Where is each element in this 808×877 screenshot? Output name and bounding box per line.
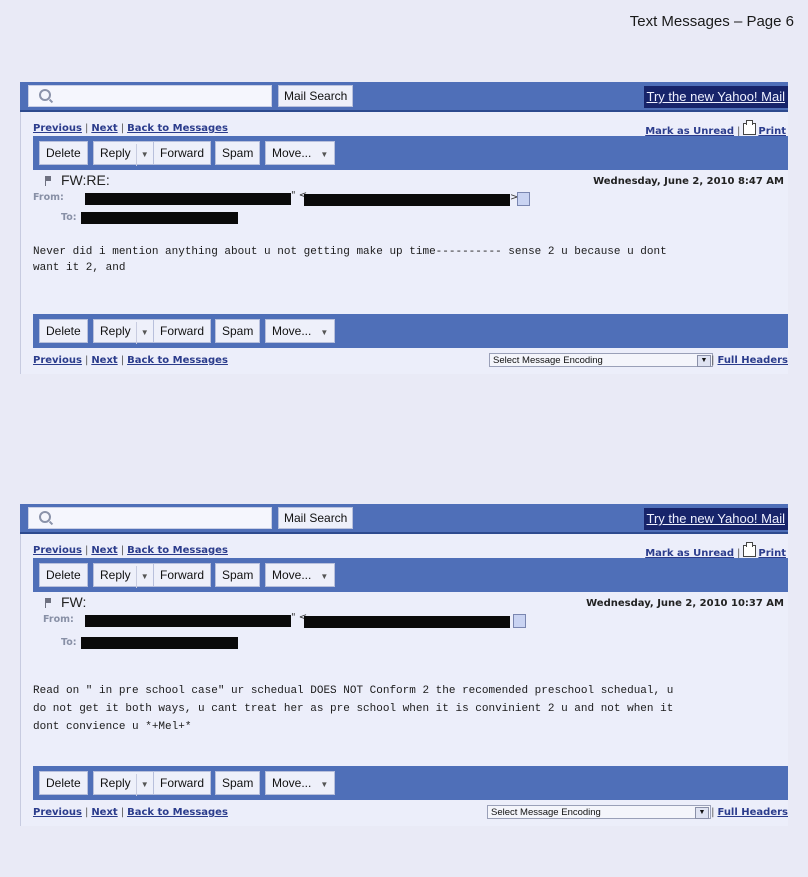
message-encoding-select[interactable]: Select Message Encoding ▼: [487, 805, 711, 819]
message-subject: FW:RE:: [61, 172, 110, 188]
try-new-yahoo-mail-link[interactable]: Try the new Yahoo! Mail: [644, 86, 789, 108]
delete-button[interactable]: Delete: [39, 319, 88, 343]
redacted-sender-name: [85, 193, 291, 205]
delete-button[interactable]: Delete: [39, 771, 88, 795]
next-link[interactable]: Next: [91, 807, 117, 818]
move-button[interactable]: Move...▼: [265, 563, 335, 587]
move-dropdown-icon[interactable]: ▼: [316, 774, 328, 796]
spam-button[interactable]: Spam: [215, 771, 260, 795]
message-frame: Previous|Next|Back to Messages Mark as U…: [20, 534, 788, 826]
message-header: FW: Wednesday, June 2, 2010 10:37 AM Fro…: [21, 592, 788, 664]
full-headers-label[interactable]: Full Headers: [717, 807, 788, 818]
previous-link[interactable]: Previous: [33, 355, 82, 366]
reply-label: Reply: [100, 776, 131, 790]
previous-link[interactable]: Previous: [33, 545, 82, 556]
reply-dropdown-icon[interactable]: ▼: [136, 774, 149, 796]
forward-button[interactable]: Forward: [153, 771, 211, 795]
next-link[interactable]: Next: [91, 545, 117, 556]
search-icon: [39, 89, 51, 101]
reply-button[interactable]: Reply▼: [93, 319, 156, 343]
message-date: Wednesday, June 2, 2010 8:47 AM: [593, 176, 784, 187]
spam-button[interactable]: Spam: [215, 563, 260, 587]
address-book-icon[interactable]: [517, 192, 530, 206]
move-label: Move...: [272, 324, 311, 338]
search-icon: [39, 511, 51, 523]
spam-button[interactable]: Spam: [215, 319, 260, 343]
try-new-yahoo-mail-link[interactable]: Try the new Yahoo! Mail: [644, 508, 789, 530]
message-subject: FW:: [61, 594, 86, 610]
full-headers-link[interactable]: |Full Headers: [708, 807, 788, 818]
page-label: Text Messages – Page 6: [630, 13, 794, 30]
previous-link[interactable]: Previous: [33, 123, 82, 134]
redacted-sender-name: [85, 615, 291, 627]
reply-button[interactable]: Reply▼: [93, 771, 156, 795]
reply-dropdown-icon[interactable]: ▼: [136, 144, 149, 166]
forward-button[interactable]: Forward: [153, 319, 211, 343]
encoding-value: Select Message Encoding: [493, 355, 603, 366]
email-view-2: Mail Search Try the new Yahoo! Mail Prev…: [20, 504, 788, 826]
search-input[interactable]: [28, 85, 272, 107]
top-nav-row: Previous|Next|Back to Messages Mark as U…: [21, 112, 788, 136]
top-toolbar: Delete Reply▼ Forward Spam Move...▼: [33, 558, 788, 592]
message-date: Wednesday, June 2, 2010 10:37 AM: [586, 598, 784, 609]
spam-button[interactable]: Spam: [215, 141, 260, 165]
bottom-toolbar: Delete Reply▼ Forward Spam Move...▼: [33, 314, 788, 348]
move-button[interactable]: Move...▼: [265, 141, 335, 165]
move-dropdown-icon[interactable]: ▼: [316, 566, 328, 588]
move-label: Move...: [272, 146, 311, 160]
next-link[interactable]: Next: [91, 355, 117, 366]
from-label: From:: [33, 192, 64, 203]
printer-icon[interactable]: [743, 545, 756, 557]
delete-button[interactable]: Delete: [39, 141, 88, 165]
search-bar: Mail Search Try the new Yahoo! Mail: [20, 504, 788, 534]
reply-label: Reply: [100, 568, 131, 582]
flag-icon[interactable]: [45, 598, 51, 603]
forward-button[interactable]: Forward: [153, 141, 211, 165]
back-to-messages-link[interactable]: Back to Messages: [127, 807, 228, 818]
redacted-recipient: [81, 637, 238, 649]
reply-label: Reply: [100, 324, 131, 338]
bottom-nav-row: Previous|Next|Back to Messages Select Me…: [21, 800, 788, 826]
message-frame: Previous|Next|Back to Messages Mark as U…: [20, 112, 788, 374]
back-to-messages-link[interactable]: Back to Messages: [127, 355, 228, 366]
delete-button[interactable]: Delete: [39, 563, 88, 587]
to-label: To:: [61, 637, 77, 648]
to-label: To:: [61, 212, 77, 223]
message-encoding-select[interactable]: Select Message Encoding ▼: [489, 353, 713, 367]
move-button[interactable]: Move...▼: [265, 771, 335, 795]
encoding-value: Select Message Encoding: [491, 807, 601, 818]
bottom-toolbar: Delete Reply▼ Forward Spam Move...▼: [33, 766, 788, 800]
full-headers-link[interactable]: |Full Headers: [708, 355, 788, 366]
reply-label: Reply: [100, 146, 131, 160]
full-headers-label[interactable]: Full Headers: [717, 355, 788, 366]
reply-dropdown-icon[interactable]: ▼: [136, 566, 149, 588]
previous-link[interactable]: Previous: [33, 807, 82, 818]
redacted-sender-email: [304, 194, 510, 206]
top-nav-row: Previous|Next|Back to Messages Mark as U…: [21, 534, 788, 558]
back-to-messages-link[interactable]: Back to Messages: [127, 123, 228, 134]
flag-icon[interactable]: [45, 176, 51, 181]
move-button[interactable]: Move...▼: [265, 319, 335, 343]
reply-dropdown-icon[interactable]: ▼: [136, 322, 149, 344]
message-header: FW:RE: Wednesday, June 2, 2010 8:47 AM F…: [21, 170, 788, 242]
search-input[interactable]: [28, 507, 272, 529]
top-toolbar: Delete Reply▼ Forward Spam Move...▼: [33, 136, 788, 170]
forward-button[interactable]: Forward: [153, 563, 211, 587]
search-bar: Mail Search Try the new Yahoo! Mail: [20, 82, 788, 112]
next-link[interactable]: Next: [91, 123, 117, 134]
move-dropdown-icon[interactable]: ▼: [316, 144, 328, 166]
printer-icon[interactable]: [743, 123, 756, 135]
move-label: Move...: [272, 568, 311, 582]
mail-search-button[interactable]: Mail Search: [278, 85, 353, 107]
message-body: Read on " in pre school case" ur schedua…: [21, 664, 788, 766]
back-to-messages-link[interactable]: Back to Messages: [127, 545, 228, 556]
mail-search-button[interactable]: Mail Search: [278, 507, 353, 529]
from-label: From:: [43, 614, 74, 625]
message-body: Never did i mention anything about u not…: [21, 242, 788, 314]
move-dropdown-icon[interactable]: ▼: [316, 322, 328, 344]
redacted-recipient: [81, 212, 238, 224]
bottom-nav-row: Previous|Next|Back to Messages Select Me…: [21, 348, 788, 374]
address-book-icon[interactable]: [513, 614, 526, 628]
reply-button[interactable]: Reply▼: [93, 141, 156, 165]
chevron-down-icon[interactable]: ▼: [695, 807, 709, 819]
redacted-sender-email: [304, 616, 510, 628]
move-label: Move...: [272, 776, 311, 790]
reply-button[interactable]: Reply▼: [93, 563, 156, 587]
email-view-1: Mail Search Try the new Yahoo! Mail Prev…: [20, 82, 788, 374]
